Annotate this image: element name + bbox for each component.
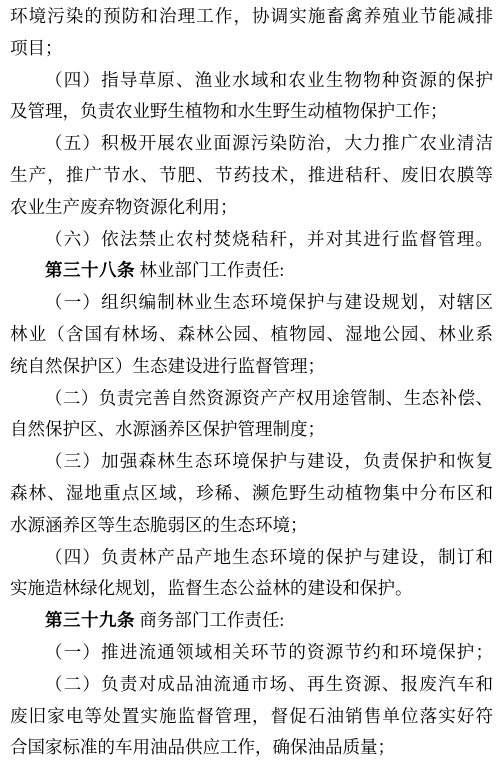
text-line: 项目； xyxy=(10,33,493,65)
document-page: 环境污染的预防和治理工作，协调实施畜禽养殖业节能减排项目；（四）指导草原、渔业水… xyxy=(0,0,503,764)
paragraph: （三）加强森林生态环境保护与建设，负责保护和恢复森林、湿地重点区域，珍稀、濒危野… xyxy=(10,446,493,541)
text-line: 环境污染的预防和治理工作，协调实施畜禽养殖业节能减排 xyxy=(10,1,493,33)
document-body: 环境污染的预防和治理工作，协调实施畜禽养殖业节能减排项目；（四）指导草原、渔业水… xyxy=(10,1,493,764)
paragraph: （五）积极开展农业面源污染防治，大力推广农业清洁生产，推广节水、节肥、节药技术，… xyxy=(10,128,493,223)
article-number: 第三十八条 xyxy=(45,260,135,280)
text-line: （四）指导草原、渔业水域和农业生物物种资源的保护 xyxy=(10,65,493,97)
text-line: 实施造林绿化规划，监督生态公益林的建设和保护。 xyxy=(10,573,493,605)
paragraph: （六）依法禁止农村焚烧秸秆，并对其进行监督管理。 xyxy=(10,224,493,256)
text-line: （五）积极开展农业面源污染防治，大力推广农业清洁 xyxy=(10,128,493,160)
text-line: 第三十八条 林业部门工作责任: xyxy=(10,255,493,287)
article-number: 第三十九条 xyxy=(45,610,135,630)
text-line: 及管理，负责农业野生植物和水生野生动植物保护工作； xyxy=(10,96,493,128)
text-line: 合国家标准的车用油品供应工作，确保油品质量； xyxy=(10,732,493,764)
paragraph: 环境污染的预防和治理工作，协调实施畜禽养殖业节能减排项目； xyxy=(10,1,493,65)
paragraph: （二）负责对成品油流通市场、再生资源、报废汽车和废旧家电等处置实施监督管理，督促… xyxy=(10,669,493,764)
text-line: 统自然保护区）生态建设进行监督管理； xyxy=(10,351,493,383)
text-line: 第三十九条 商务部门工作责任: xyxy=(10,605,493,637)
paragraph: （二）负责完善自然资源资产产权用途管制、生态补偿、自然保护区、水源涵养区保护管理… xyxy=(10,383,493,447)
text-line: （一）推进流通领域相关环节的资源节约和环境保护； xyxy=(10,637,493,669)
paragraph: （四）指导草原、渔业水域和农业生物物种资源的保护及管理，负责农业野生植物和水生野… xyxy=(10,65,493,129)
text-line: 废旧家电等处置实施监督管理，督促石油销售单位落实好符 xyxy=(10,701,493,733)
text-line: 农业生产废弃物资源化利用； xyxy=(10,192,493,224)
paragraph: （四）负责林产品产地生态环境的保护与建设，制订和实施造林绿化规划，监督生态公益林… xyxy=(10,542,493,606)
text-line: （四）负责林产品产地生态环境的保护与建设，制订和 xyxy=(10,542,493,574)
article-title: 商务部门工作责任: xyxy=(139,610,284,630)
article-heading: 第三十八条 林业部门工作责任: xyxy=(10,255,493,287)
text-line: （三）加强森林生态环境保护与建设，负责保护和恢复 xyxy=(10,446,493,478)
paragraph: （一）推进流通领域相关环节的资源节约和环境保护； xyxy=(10,637,493,669)
text-line: 生产，推广节水、节肥、节药技术，推进秸秆、废旧农膜等 xyxy=(10,160,493,192)
text-line: 水源涵养区等生态脆弱区的生态环境； xyxy=(10,510,493,542)
text-line: 林业（含国有林场、森林公园、植物园、湿地公园、林业系 xyxy=(10,319,493,351)
article-title: 林业部门工作责任: xyxy=(139,260,284,280)
text-line: 森林、湿地重点区域，珍稀、濒危野生动植物集中分布区和 xyxy=(10,478,493,510)
text-line: （二）负责对成品油流通市场、再生资源、报废汽车和 xyxy=(10,669,493,701)
text-line: （一）组织编制林业生态环境保护与建设规划，对辖区 xyxy=(10,287,493,319)
text-line: （二）负责完善自然资源资产产权用途管制、生态补偿、 xyxy=(10,383,493,415)
article-heading: 第三十九条 商务部门工作责任: xyxy=(10,605,493,637)
paragraph: （一）组织编制林业生态环境保护与建设规划，对辖区林业（含国有林场、森林公园、植物… xyxy=(10,287,493,382)
text-line: 自然保护区、水源涵养区保护管理制度； xyxy=(10,414,493,446)
text-line: （六）依法禁止农村焚烧秸秆，并对其进行监督管理。 xyxy=(10,224,493,256)
